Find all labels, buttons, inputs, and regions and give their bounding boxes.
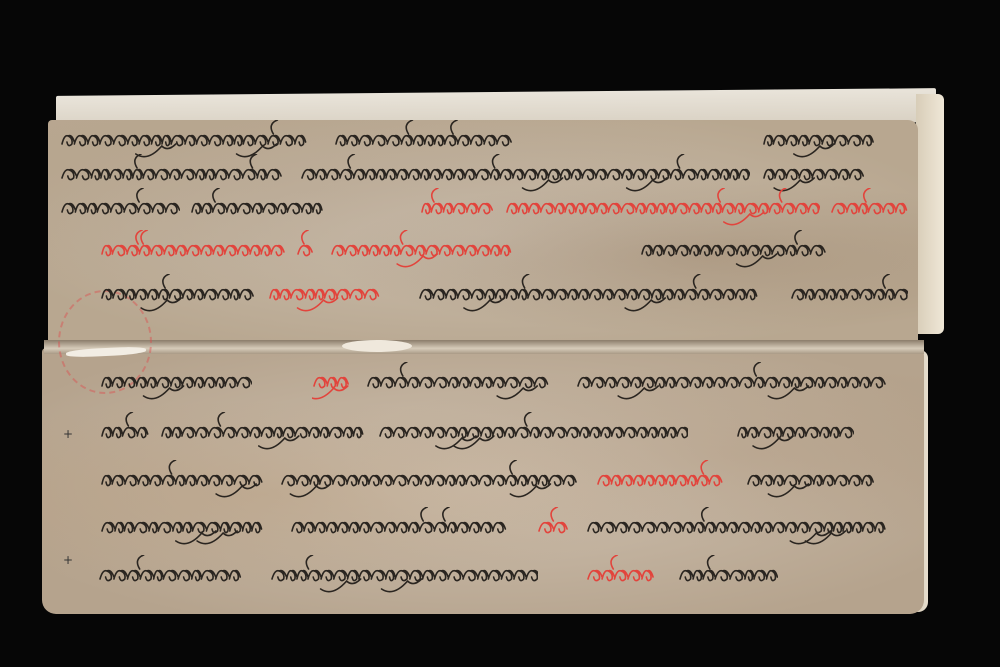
rubric-text-segment: នមុរ្ប bbox=[830, 188, 910, 218]
tear-mark bbox=[342, 340, 412, 352]
script-text-segment: ធមិតាលោ bbox=[678, 555, 778, 585]
script-text-segment: ឯនស៊ាក្លុងឯលោលលាងាល bbox=[418, 274, 758, 304]
script-text-segment: ចាវស៊ែលប៉ើនលោន bbox=[60, 154, 285, 184]
margin-cross-mark: + bbox=[63, 427, 73, 441]
script-text-segment: លោកានុក្ខុមកមានុលោនចាវលោ bbox=[300, 154, 750, 184]
script-text-segment: ស៊ើបនីវិលោឡុំ bbox=[160, 412, 365, 442]
rubric-text-segment: តោព្រះហោកាយបធ្នើតោ bbox=[330, 230, 520, 260]
fold-crease bbox=[44, 340, 924, 354]
script-text-segment: ព្រោស bbox=[736, 412, 854, 442]
rubric-text-segment: ៕ bbox=[296, 230, 322, 260]
rubric-text-segment: អរហន្តនិត្យាំវុឌ្ឍិគាបុត្រគាលេ bbox=[505, 188, 820, 218]
script-text-segment: វាកវិតាលា bbox=[100, 507, 270, 537]
margin-cross-mark: + bbox=[63, 553, 73, 567]
right-fold-edge bbox=[916, 94, 944, 334]
script-text-segment: ក្ដុងចាប bbox=[762, 120, 880, 150]
rubric-text-segment: ឋុមិតា bbox=[312, 362, 357, 392]
script-text-segment: ធម៌កុលបាទេវ bbox=[334, 120, 519, 150]
rubric-text-segment: ៕ ៣ ៕ bbox=[420, 188, 500, 218]
rubric-text-segment: អហាំ bbox=[537, 507, 577, 537]
script-text-segment: ឯនស៊ាក្លុងឯលោលលវ bbox=[586, 507, 886, 537]
script-text-segment: ប៉ាលក្លុងលោលោ bbox=[270, 555, 538, 585]
manuscript-photo: ទេសនាពួកអាស្រឹងស៊ាធម៌កុលបាទេវក្ដុងចាបចាវ… bbox=[0, 0, 1000, 667]
script-text-segment: អលលអាអ្វះល្វ bbox=[100, 362, 252, 392]
script-text-segment: វិយាអាការ bbox=[60, 188, 180, 218]
script-text-segment: អលាស្ថលលស៊ាកុលស៊ើ bbox=[280, 460, 585, 490]
rubric-text-segment: តេឝុត្រគា bbox=[268, 274, 383, 304]
script-text-segment: ណេវ bbox=[100, 412, 150, 442]
rubric-text-segment: ហោតោបប្រូនតាមិក្ខំ bbox=[100, 230, 290, 260]
rubric-text-segment: ប្រូនតាមិ bbox=[586, 555, 656, 585]
script-text-segment: ហស៊ើតេល bbox=[746, 460, 874, 490]
script-text-segment: តាកាលលោ bbox=[190, 188, 325, 218]
script-text-segment: ក្ដុតាកាល bbox=[98, 555, 248, 585]
script-text-segment: ងុងតាលោវិញ្ញុ bbox=[290, 507, 515, 537]
script-text-segment: ក្ដុងបាលលោន bbox=[640, 230, 830, 260]
script-text-segment: ជនវុហ្វច្ចុ bbox=[100, 274, 260, 304]
script-text-segment: ក្ដុកប៉ាំង្ហោលលោស្ត bbox=[378, 412, 688, 442]
script-text-segment: ក្ដុកលោ bbox=[790, 274, 908, 304]
script-text-segment: ឯអលៅ bbox=[762, 154, 872, 184]
script-text-segment: ពាកកែនកា bbox=[100, 460, 270, 490]
script-text-segment: ក្ដុកលាងាកៀលលោហ bbox=[576, 362, 886, 392]
script-text-segment: ទេសនាពួកអាស្រឹងស៊ា bbox=[60, 120, 315, 150]
script-text-segment: ធាកាសាកង្កីលៀ bbox=[366, 362, 556, 392]
rubric-text-segment: អហាឝត្យា bbox=[596, 460, 731, 490]
